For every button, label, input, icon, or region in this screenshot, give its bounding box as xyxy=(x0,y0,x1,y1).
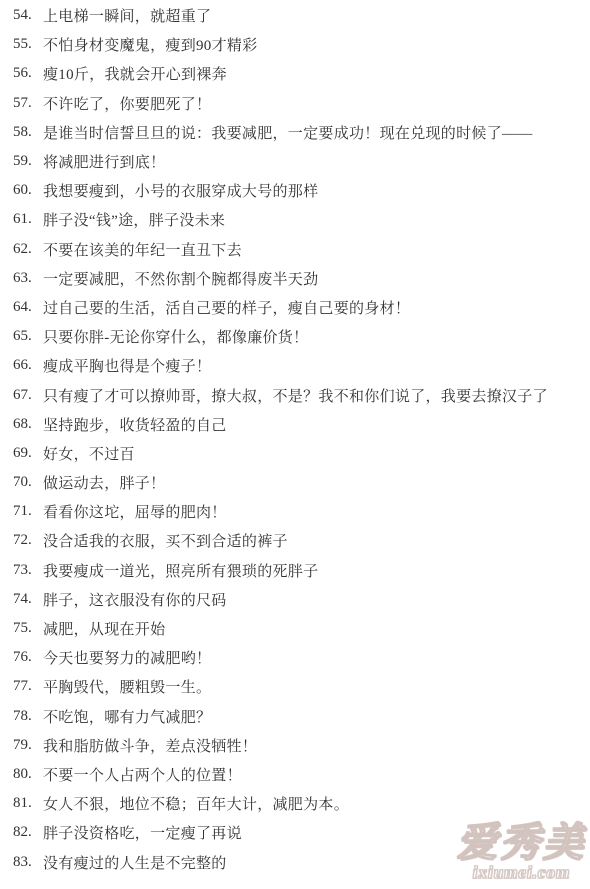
list-item: 71. 看看你这坨，屈辱的肥肉！ xyxy=(13,497,585,526)
item-text: 上电梯一瞬间，就超重了 xyxy=(43,5,211,26)
item-text: 做运动去，胖子！ xyxy=(43,472,165,493)
item-number: 64. xyxy=(13,299,43,316)
list-item: 74. 胖子，这衣服没有你的尺码 xyxy=(13,585,585,614)
item-text: 瘦成平胸也得是个瘦子！ xyxy=(43,355,211,376)
item-number: 69. xyxy=(13,445,43,462)
list-item: 64. 过自己要的生活，活自己要的样子，瘦自己要的身材！ xyxy=(13,293,585,322)
item-number: 61. xyxy=(13,211,43,228)
item-number: 57. xyxy=(13,95,43,112)
item-number: 70. xyxy=(13,474,43,491)
item-number: 81. xyxy=(13,795,43,812)
list-item: 60. 我想要瘦到，小号的衣服穿成大号的那样 xyxy=(13,176,585,205)
list-item: 75. 减肥，从现在开始 xyxy=(13,614,585,643)
item-number: 76. xyxy=(13,649,43,666)
list-item: 68. 坚持跑步，收货轻盈的自己 xyxy=(13,410,585,439)
item-number: 55. xyxy=(13,36,43,53)
item-text: 不要在该美的年纪一直丑下去 xyxy=(43,239,242,260)
item-number: 66. xyxy=(13,357,43,374)
list-item: 79. 我和脂肪做斗争，差点没牺牲！ xyxy=(13,731,585,760)
item-text: 我和脂肪做斗争，差点没牺牲！ xyxy=(43,735,257,756)
item-text: 看看你这坨，屈辱的肥肉！ xyxy=(43,501,227,522)
list-item: 69. 好女，不过百 xyxy=(13,439,585,468)
item-text: 今天也要努力的减肥哟！ xyxy=(43,647,211,668)
item-text: 女人不狠，地位不稳；百年大计，减肥为本。 xyxy=(43,793,349,814)
list-item: 76. 今天也要努力的减肥哟！ xyxy=(13,643,585,672)
item-number: 56. xyxy=(13,65,43,82)
item-number: 59. xyxy=(13,153,43,170)
item-number: 78. xyxy=(13,708,43,725)
item-number: 65. xyxy=(13,328,43,345)
list-item: 61. 胖子没“钱”途，胖子没未来 xyxy=(13,205,585,234)
list-item: 59. 将减肥进行到底！ xyxy=(13,147,585,176)
item-text: 没有瘦过的人生是不完整的 xyxy=(43,852,227,873)
item-text: 将减肥进行到底！ xyxy=(43,151,165,172)
list-item: 57. 不许吃了，你要肥死了！ xyxy=(13,89,585,118)
item-text: 坚持跑步，收货轻盈的自己 xyxy=(43,414,227,435)
list-item: 66. 瘦成平胸也得是个瘦子！ xyxy=(13,351,585,380)
item-text: 不怕身材变魔鬼，瘦到90才精彩 xyxy=(43,34,258,55)
item-number: 73. xyxy=(13,562,43,579)
item-number: 60. xyxy=(13,182,43,199)
item-number: 68. xyxy=(13,416,43,433)
item-text: 不要一个人占两个人的位置！ xyxy=(43,764,242,785)
item-text: 没合适我的衣服，买不到合适的裤子 xyxy=(43,530,288,551)
item-text: 平胸毁代，腰粗毁一生。 xyxy=(43,676,211,697)
list-item: 77. 平胸毁代，腰粗毁一生。 xyxy=(13,672,585,701)
list-item: 58. 是谁当时信誓旦旦的说：我要减肥，一定要成功！现在兑现的时候了—— xyxy=(13,118,585,147)
item-text: 好女，不过百 xyxy=(43,443,135,464)
item-number: 74. xyxy=(13,591,43,608)
item-number: 82. xyxy=(13,824,43,841)
item-text: 胖子没“钱”途，胖子没未来 xyxy=(43,209,225,230)
item-text: 只要你胖-无论你穿什么，都像廉价货！ xyxy=(43,326,308,347)
quotes-list: 54. 上电梯一瞬间，就超重了 55. 不怕身材变魔鬼，瘦到90才精彩 56. … xyxy=(0,0,590,877)
list-item: 63. 一定要减肥，不然你割个腕都得废半天劲 xyxy=(13,264,585,293)
item-number: 77. xyxy=(13,678,43,695)
item-number: 80. xyxy=(13,766,43,783)
item-text: 我想要瘦到，小号的衣服穿成大号的那样 xyxy=(43,180,318,201)
list-item: 55. 不怕身材变魔鬼，瘦到90才精彩 xyxy=(13,30,585,59)
list-item: 78. 不吃饱，哪有力气减肥？ xyxy=(13,702,585,731)
item-number: 67. xyxy=(13,387,43,404)
item-text: 减肥，从现在开始 xyxy=(43,618,165,639)
item-text: 一定要减肥，不然你割个腕都得废半天劲 xyxy=(43,268,318,289)
list-item: 82. 胖子没资格吃，一定瘦了再说 xyxy=(13,818,585,847)
list-item: 56. 瘦10斤，我就会开心到裸奔 xyxy=(13,59,585,88)
item-number: 63. xyxy=(13,270,43,287)
item-text: 我要瘦成一道光，照亮所有猥琐的死胖子 xyxy=(43,560,318,581)
list-item: 73. 我要瘦成一道光，照亮所有猥琐的死胖子 xyxy=(13,556,585,585)
list-item: 81. 女人不狠，地位不稳；百年大计，减肥为本。 xyxy=(13,789,585,818)
item-number: 75. xyxy=(13,620,43,637)
list-item: 65. 只要你胖-无论你穿什么，都像廉价货！ xyxy=(13,322,585,351)
item-text: 不吃饱，哪有力气减肥？ xyxy=(43,706,211,727)
item-number: 83. xyxy=(13,854,43,871)
item-number: 79. xyxy=(13,737,43,754)
item-text: 瘦10斤，我就会开心到裸奔 xyxy=(43,63,227,84)
item-text: 过自己要的生活，活自己要的样子，瘦自己要的身材！ xyxy=(43,297,410,318)
list-item: 70. 做运动去，胖子！ xyxy=(13,468,585,497)
list-item: 80. 不要一个人占两个人的位置！ xyxy=(13,760,585,789)
item-number: 62. xyxy=(13,241,43,258)
item-text: 胖子，这衣服没有你的尺码 xyxy=(43,589,227,610)
item-text: 胖子没资格吃，一定瘦了再说 xyxy=(43,822,242,843)
list-item: 67. 只有瘦了才可以撩帅哥，撩大叔，不是？我不和你们说了，我要去撩汉子了 xyxy=(13,380,585,409)
item-text: 不许吃了，你要肥死了！ xyxy=(43,93,211,114)
list-item: 72. 没合适我的衣服，买不到合适的裤子 xyxy=(13,526,585,555)
item-number: 58. xyxy=(13,124,43,141)
item-text: 只有瘦了才可以撩帅哥，撩大叔，不是？我不和你们说了，我要去撩汉子了 xyxy=(43,385,548,406)
list-item: 83. 没有瘦过的人生是不完整的 xyxy=(13,847,585,876)
list-item: 54. 上电梯一瞬间，就超重了 xyxy=(13,1,585,30)
item-number: 72. xyxy=(13,532,43,549)
item-text: 是谁当时信誓旦旦的说：我要减肥，一定要成功！现在兑现的时候了—— xyxy=(43,122,533,143)
list-item: 62. 不要在该美的年纪一直丑下去 xyxy=(13,235,585,264)
item-number: 71. xyxy=(13,503,43,520)
item-number: 54. xyxy=(13,7,43,24)
